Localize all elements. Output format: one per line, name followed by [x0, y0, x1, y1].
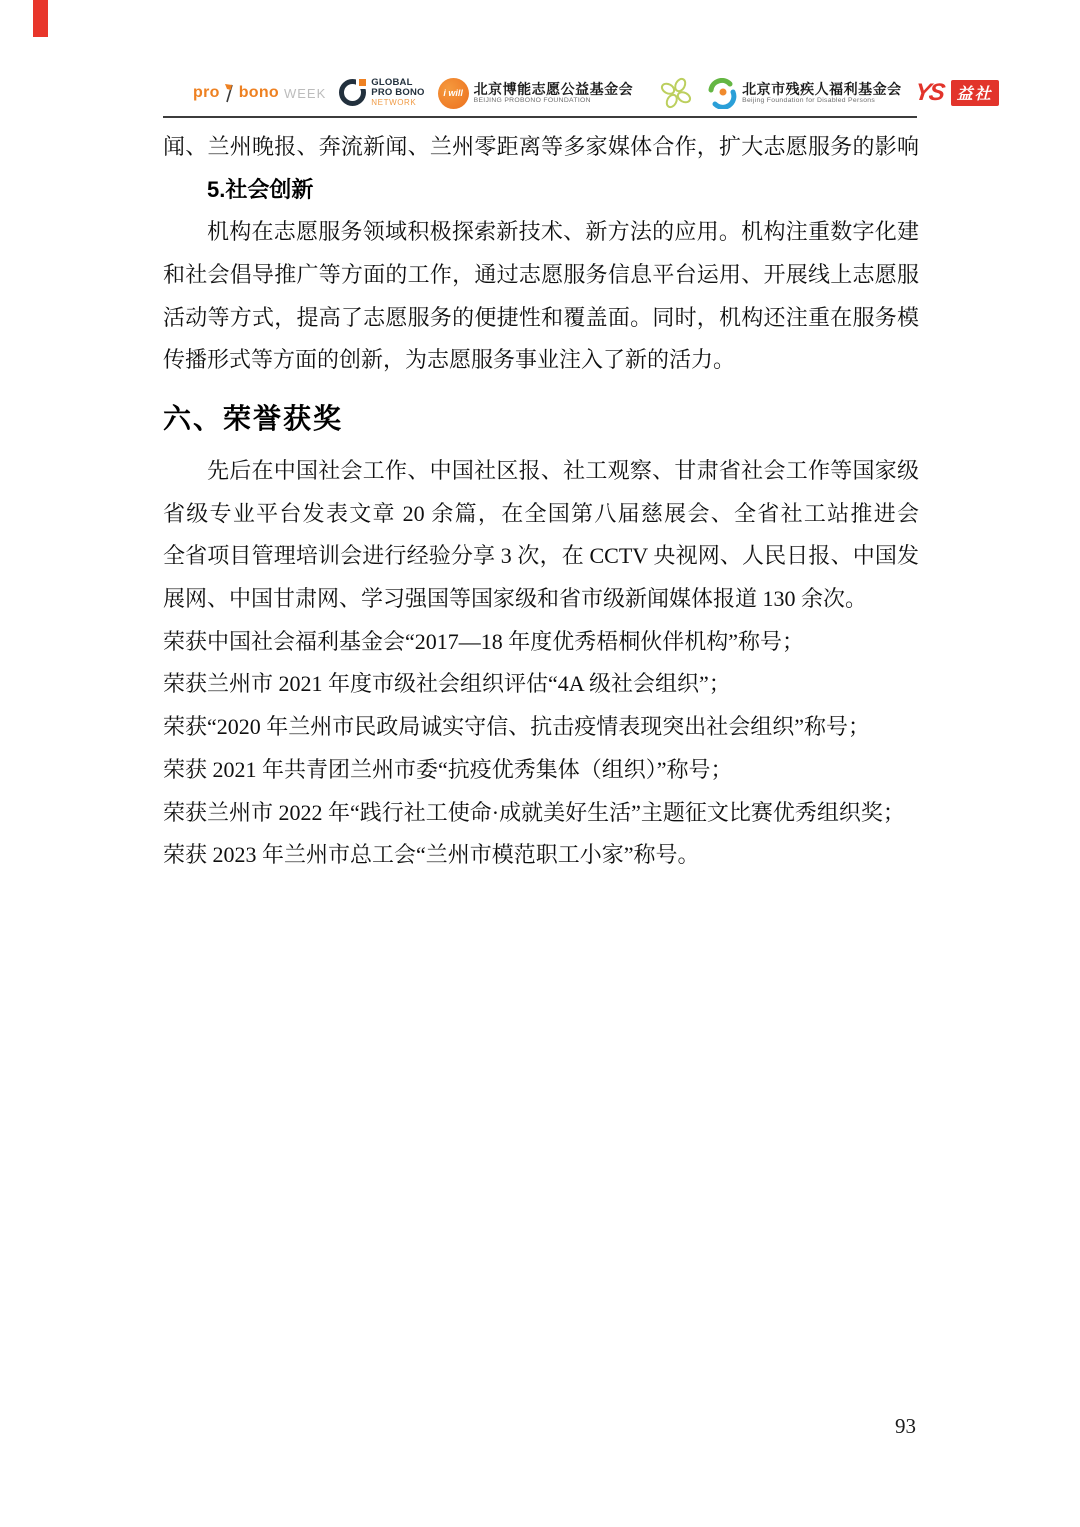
page-number: 93: [895, 1414, 916, 1439]
body-line: 机构在志愿服务领域积极探索新技术、新方法的应用。机构注重数字化建设: [163, 211, 919, 254]
ys-mark: YS: [913, 79, 945, 107]
subsection-heading: 5.社会创新: [163, 169, 919, 212]
body-line: 省级专业平台发表文章 20 余篇，在全国第八届慈展会、全省社工站推进会上、: [163, 493, 919, 536]
disabled-persons-foundation-logo: 北京市残疾人福利基金会 Beijing Foundation for Disab…: [706, 78, 902, 109]
disabled-foundation-cn: 北京市残疾人福利基金会: [742, 81, 902, 97]
yishe-cn: 益社: [951, 80, 999, 106]
honor-line: 荣获兰州市 2022 年“践行社工使命·成就美好生活”主题征文比赛优秀组织奖；: [163, 792, 919, 835]
body-line: 展网、中国甘肃网、学习强国等国家级和省市级新闻媒体报道 130 余次。: [163, 578, 919, 621]
header-divider: [163, 116, 917, 118]
pro-bono-week-text-bono: bono: [239, 84, 279, 102]
body-line: 闻、兰州晚报、奔流新闻、兰州零距离等多家媒体合作，扩大志愿服务的影响力。: [163, 126, 919, 169]
honor-line: 荣获兰州市 2021 年度市级社会组织评估“4A 级社会组织”；: [163, 663, 919, 706]
honor-line: 荣获 2023 年兰州市总工会“兰州市模范职工小家”称号。: [163, 834, 919, 877]
honor-line: 荣获“2020 年兰州市民政局诚实守信、抗击疫情表现突出社会组织”称号；: [163, 706, 919, 749]
honor-line: 荣获 2021 年共青团兰州市委“抗疫优秀集体（组织）”称号；: [163, 749, 919, 792]
body-line: 先后在中国社会工作、中国社区报、社工观察、甘肃省社会工作等国家级和: [163, 450, 919, 493]
iwill-badge-icon: i will: [438, 78, 469, 109]
gpbn-line2: PRO BONO: [371, 88, 424, 98]
pro-bono-week-text-pro: pro: [193, 84, 220, 102]
body-line: 和社会倡导推广等方面的工作，通过志愿服务信息平台运用、开展线上志愿服务: [163, 254, 919, 297]
body-line: 全省项目管理培训会进行经验分享 3 次，在 CCTV 央视网、人民日报、中国发: [163, 535, 919, 578]
body-column-2: 先后在中国社会工作、中国社区报、社工观察、甘肃省社会工作等国家级和 省级专业平台…: [163, 450, 919, 877]
pro-bono-week-logo: pro bono WEEK: [193, 83, 326, 103]
beijing-probono-foundation-logo: i will 北京博能志愿公益基金会 BEIJING PROBONO FOUND…: [438, 78, 634, 109]
section-heading: 六、荣誉获奖: [163, 397, 343, 437]
yishe-logo: YS 益社: [915, 79, 999, 107]
body-line: 活动等方式，提高了志愿服务的便捷性和覆盖面。同时，机构还注重在服务模式、: [163, 297, 919, 340]
honor-line: 荣获中国社会福利基金会“2017—18 年度优秀梧桐伙伴机构”称号；: [163, 621, 919, 664]
red-corner-mark: [33, 0, 48, 37]
beijing-probono-cn: 北京博能志愿公益基金会: [474, 81, 634, 97]
swirl-globe-icon: [706, 78, 737, 109]
clover-icon: [659, 76, 693, 110]
pro-bono-week-text-week: WEEK: [284, 86, 326, 101]
body-column-1: 闻、兰州晚报、奔流新闻、兰州零距离等多家媒体合作，扩大志愿服务的影响力。 5.社…: [163, 126, 919, 382]
body-line: 传播形式等方面的创新，为志愿服务事业注入了新的活力。: [163, 339, 919, 382]
gpbn-line3: NETWORK: [371, 99, 424, 107]
header-logo-band: pro bono WEEK GLOBAL PRO BONO NETWORK i …: [193, 72, 893, 114]
beijing-probono-en: BEIJING PROBONO FOUNDATION: [474, 97, 634, 105]
arc-ring-icon: [339, 79, 366, 106]
document-page: pro bono WEEK GLOBAL PRO BONO NETWORK i …: [0, 0, 1080, 1527]
flag-icon: [223, 83, 236, 103]
global-pro-bono-network-logo: GLOBAL PRO BONO NETWORK: [339, 78, 424, 107]
disabled-foundation-en: Beijing Foundation for Disabled Persons: [742, 97, 902, 105]
